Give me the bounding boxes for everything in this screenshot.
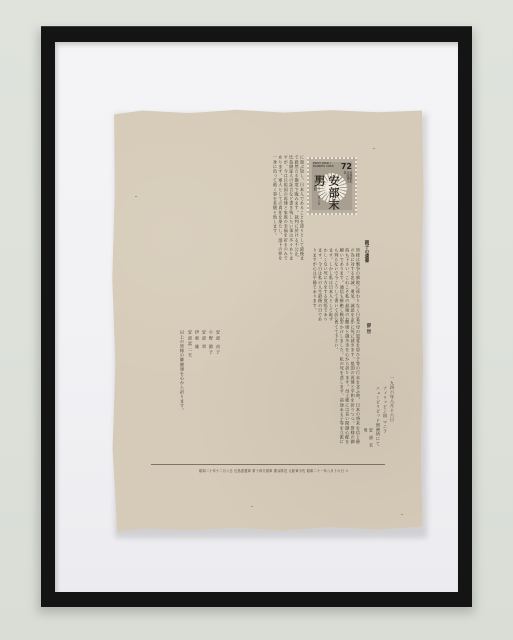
paper-speck <box>401 514 403 515</box>
closing-date: 一九四六年八月十六日 <box>390 376 395 436</box>
closing-name: 安 部 末 男 <box>363 428 374 454</box>
text-block-right-upper: 皆様は戦争の勝敗に係わりなく日本の為に対する忠誠、勇気、誠意をお持ち下さい。これ… <box>307 248 361 322</box>
stamp-label: POST WAR / DIARIES 1945 <box>313 162 335 168</box>
paper-speck <box>373 148 375 149</box>
text-block-center: 父母の恩愛を思ひ子等の行末を念ふ時、日本の将来を信じ静かに死に就きます。祖国の再… <box>261 320 361 448</box>
footer-caption: 昭和二十年十二月八日 比島派遣軍 第十四方面軍 憲兵隊長 元陸軍少佐 昭和二十一… <box>199 468 349 473</box>
recipient: 安部 翠 <box>201 330 208 370</box>
recipient: 安部 貞子 <box>215 330 222 370</box>
stamp-side-text: 昭和二十年十二月八日 マニラ 処刑 <box>313 175 321 205</box>
stamp-number: 72 <box>341 162 352 171</box>
recipients-list: 安部 貞子 小野 節子 安部 翠 伊東 雄 安部富二夫 以上の皆様の御健康を心か… <box>175 330 221 450</box>
recipient: 安部富二夫 <box>187 330 194 370</box>
recipient: 伊東 雄 <box>194 330 201 370</box>
picture-frame: POST WAR / DIARIES 1945 72 比島戦犯 元陸軍少佐 安部… <box>41 26 472 607</box>
paper-speck <box>251 506 253 507</box>
paper-speck <box>135 196 137 197</box>
stamp-right-text: 比島戦犯 元陸軍少佐 <box>343 171 352 185</box>
footer-divider <box>151 464 385 465</box>
section-title-death-poem: 辞 世 <box>365 323 371 339</box>
document-paper: POST WAR / DIARIES 1945 72 比島戦犯 元陸軍少佐 安部… <box>111 108 425 534</box>
memorial-stamp: POST WAR / DIARIES 1945 72 比島戦犯 元陸軍少佐 安部… <box>307 157 357 215</box>
stamp-name: 安部末男 <box>324 175 340 213</box>
closing-place: フィリッピン国 マニラ <box>383 386 388 436</box>
closing-signature: 一九四六年八月十六日 フィリッピン国 マニラ ニュービリビッド刑務所にて 安 部… <box>355 376 395 456</box>
mat-board: POST WAR / DIARIES 1945 72 比島戦犯 元陸軍少佐 安部… <box>55 42 458 592</box>
recipient: 小野 節子 <box>208 330 215 370</box>
recipients-footer: 以上の皆様の御健康を心から祈ります。 <box>180 330 185 444</box>
closing-prison: ニュービリビッド刑務所にて <box>376 386 381 446</box>
text-block-left-upper: に遊ぶ如し。日本人であることを誇りとして最後まで毅然たる態度で臨みます。裁判に於… <box>159 155 305 263</box>
section-title-testament: 親子の遺書 <box>363 240 369 264</box>
